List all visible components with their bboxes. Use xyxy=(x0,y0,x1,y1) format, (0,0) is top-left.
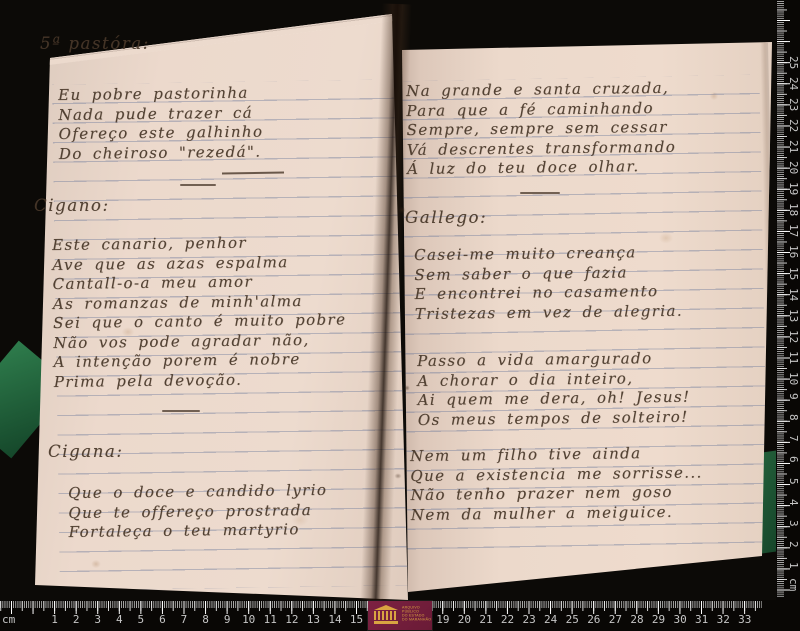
ruler-number: 15 xyxy=(787,267,800,280)
stanza-right-4: Nem um filho tive aindaQue a existencia … xyxy=(410,443,703,525)
heading-5a-pastora: 5ª pastóra: xyxy=(40,34,150,53)
ruler-number: 11 xyxy=(787,351,800,364)
ruler-number: 24 xyxy=(539,613,563,626)
heading-cigano: Cigano: xyxy=(34,196,110,215)
text-line: Nada pude trazer cá xyxy=(58,103,263,125)
right-ruler: cm 1234567891011121314151617181920212223… xyxy=(776,0,800,600)
ruler-number: 6 xyxy=(787,456,800,463)
ruler-number: 13 xyxy=(787,309,800,322)
text-line: Á luz do teu doce olhar. xyxy=(407,157,677,180)
ruler-number: 26 xyxy=(582,613,606,626)
ruler-number: 7 xyxy=(787,435,800,442)
ruler-number: 29 xyxy=(647,613,671,626)
ruler-number: 2 xyxy=(787,541,800,548)
ruler-number: 16 xyxy=(787,245,800,258)
heading-gallego: Gallego: xyxy=(405,208,487,227)
ruler-number: 28 xyxy=(625,613,649,626)
ruler-number: 4 xyxy=(107,613,131,626)
ruler-number: 14 xyxy=(323,613,347,626)
ruler-number: 9 xyxy=(215,613,239,626)
text-line: Tristezas em vez de alegria. xyxy=(415,301,683,324)
ruler-number: 23 xyxy=(517,613,541,626)
ruler-number: 17 xyxy=(787,224,800,237)
ruler-number: 4 xyxy=(787,499,800,506)
text-line: Sempre, sempre sem cessar xyxy=(406,118,676,141)
text-line: Eu pobre pastorinha xyxy=(58,83,263,105)
text-line: Nem da mulher a meiguice. xyxy=(411,502,704,525)
ruler-number: 8 xyxy=(194,613,218,626)
page-stack-edge-left xyxy=(18,56,47,588)
text-line: Do cheiroso "rezedá". xyxy=(59,142,264,164)
scanned-notebook-photo: 5ª pastóra: Eu pobre pastorinhaNada pude… xyxy=(0,0,800,631)
ruler-number: 9 xyxy=(787,393,800,400)
archive-logo-text: ARQUIVOPÚBLICODO ESTADODO MARANHÃO xyxy=(402,606,430,622)
ruler-number: 19 xyxy=(431,613,455,626)
ruler-number: 32 xyxy=(711,613,735,626)
ruler-number: 2 xyxy=(64,613,88,626)
stanza-left-3: Que o doce e candido lyrioQue te offereç… xyxy=(68,481,328,543)
text-line: Os meus tempos de solteiro! xyxy=(418,407,691,430)
ruler-number: 24 xyxy=(787,77,800,90)
stanza-right-3: Passo a vida amarguradoA chorar o dia in… xyxy=(417,349,691,430)
stanza-right-1: Na grande e santa cruzada,Para que a fé … xyxy=(406,79,677,180)
ruler-number: 22 xyxy=(787,119,800,132)
text-line: Que o doce e candido lyrio xyxy=(68,481,327,504)
ruler-number: 8 xyxy=(787,414,800,421)
ruler-number: 18 xyxy=(787,203,800,216)
ruler-number: 10 xyxy=(237,613,261,626)
ruler-number: 12 xyxy=(280,613,304,626)
ruler-number: 19 xyxy=(787,182,800,195)
ruler-number: 25 xyxy=(787,56,800,69)
ruler-number: 6 xyxy=(150,613,174,626)
ruler-number: 20 xyxy=(452,613,476,626)
ruler-number: 14 xyxy=(787,288,800,301)
text-line: Passo a vida amargurado xyxy=(417,349,690,372)
archive-logo: ARQUIVOPÚBLICODO ESTADODO MARANHÃO xyxy=(368,601,432,630)
ruler-number: 33 xyxy=(733,613,757,626)
ruler-number: 27 xyxy=(603,613,627,626)
ruler-number: 3 xyxy=(86,613,110,626)
stanza-separator-dash xyxy=(180,184,216,186)
ruler-number: 30 xyxy=(668,613,692,626)
text-line: Não vos pode agradar não, xyxy=(53,330,347,353)
ruler-unit-label: cm xyxy=(2,613,15,626)
ruler-number: 22 xyxy=(496,613,520,626)
ruler-number: 1 xyxy=(787,562,800,569)
ruler-unit-label: cm xyxy=(787,578,800,591)
heading-cigana: Cigana: xyxy=(48,442,124,461)
text-line: Ofereço este galhinho xyxy=(58,122,263,144)
text-line: DO MARANHÃO xyxy=(402,618,430,622)
stanza-left-2: Este canario, penhorAve que as azas espa… xyxy=(52,232,347,392)
ruler-number: 10 xyxy=(787,372,800,385)
text-line: Prima pela devoção. xyxy=(54,369,348,392)
ruler-number: 23 xyxy=(787,98,800,111)
stanza-left-1: Eu pobre pastorinhaNada pude trazer cáOf… xyxy=(58,83,264,163)
ruler-number: 12 xyxy=(787,330,800,343)
ruler-number: 20 xyxy=(787,161,800,174)
text-line: Fortaleça o teu martyrio xyxy=(68,520,327,543)
classical-building-icon xyxy=(374,605,398,625)
stanza-separator-dash xyxy=(162,410,200,412)
text-line: E encontrei no casamento xyxy=(414,282,682,305)
ruler-number: 21 xyxy=(474,613,498,626)
stanza-separator-dash xyxy=(520,192,560,194)
ruler-number: 5 xyxy=(787,478,800,485)
ruler-number: 5 xyxy=(129,613,153,626)
ruler-number: 31 xyxy=(690,613,714,626)
ruler-number: 11 xyxy=(258,613,282,626)
ruler-number: 15 xyxy=(345,613,369,626)
text-line: Ai quem me dera, oh! Jesus! xyxy=(417,388,690,411)
ruler-number: 3 xyxy=(787,520,800,527)
ruler-number: 1 xyxy=(43,613,67,626)
text-line: Na grande e santa cruzada, xyxy=(406,79,676,102)
ruler-number: 7 xyxy=(172,613,196,626)
stanza-right-2: Casei-me muito creançaSem saber o que fa… xyxy=(414,243,683,324)
ruler-number: 13 xyxy=(301,613,325,626)
ruler-number: 25 xyxy=(560,613,584,626)
ruler-number: 21 xyxy=(787,140,800,153)
